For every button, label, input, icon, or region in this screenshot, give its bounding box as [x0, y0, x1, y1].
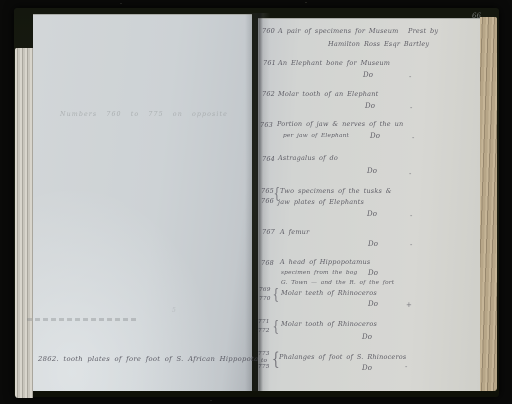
entry-line: specimen from the bog: [281, 270, 357, 276]
check-mark: +: [406, 301, 412, 309]
ditto-mark: Do: [367, 167, 377, 175]
ditto-mark: Do: [362, 333, 372, 341]
entry-line: G. Town — and the R. of the fort: [281, 280, 394, 286]
entry-line: per jaw of Elephant: [283, 133, 349, 139]
entry-line: Prest by: [408, 27, 438, 35]
entry-line: An Elephant bone for Museum: [278, 59, 390, 67]
right-page-edges: [480, 17, 497, 391]
entry-brace: {: [272, 317, 279, 335]
entry-line: A femur: [280, 228, 309, 236]
ditto-mark: Do: [368, 269, 378, 277]
dust-speck: [305, 2, 307, 3]
folio-number: 66: [472, 12, 481, 20]
dust-speck: [120, 3, 122, 4]
ditto-mark: Do: [370, 132, 380, 140]
entry-line: Two specimens of the tusks &: [280, 187, 392, 195]
ditto-mark: Do: [368, 240, 378, 248]
left-page: Numbers 760 to 775 on opposite 5 2862. t…: [33, 14, 252, 391]
photo-background: Numbers 760 to 775 on opposite 5 2862. t…: [0, 0, 512, 404]
pencil-note: Numbers 760 to 775 on opposite: [60, 111, 228, 118]
pencil-mark: 5: [172, 307, 176, 314]
entry-line: A pair of specimens for Museum: [278, 27, 398, 35]
ledger-book: Numbers 760 to 775 on opposite 5 2862. t…: [14, 8, 499, 397]
entry-line: Molar teeth of Rhinoceros: [281, 289, 377, 297]
right-page: 760 A pair of specimens for Museum Prest…: [258, 18, 480, 391]
check-mark: -: [410, 104, 413, 112]
entry-line: jaw plates of Elephants: [278, 198, 364, 206]
book-gutter: [245, 13, 270, 391]
left-page-edges: [15, 48, 33, 398]
check-mark: -: [410, 241, 413, 249]
entry-line: Molar tooth of an Elephant: [278, 90, 378, 98]
check-mark: -: [405, 363, 408, 371]
check-mark: -: [410, 212, 413, 220]
entry-line: Molar tooth of Rhinoceros: [281, 320, 377, 328]
ditto-mark: Do: [363, 71, 373, 79]
ditto-mark: Do: [368, 300, 378, 308]
entry-line: Phalanges of foot of S. Rhinoceros: [279, 353, 406, 361]
ditto-mark: Do: [367, 210, 377, 218]
ditto-mark: Do: [362, 364, 372, 372]
ditto-mark: Do: [365, 102, 375, 110]
entry-line: Portion of jaw & nerves of the un: [277, 120, 403, 128]
dust-speck: [210, 400, 212, 401]
entry-brace: {: [272, 285, 279, 303]
check-mark: -: [409, 170, 412, 178]
entry-line: Astragalus of do: [278, 154, 338, 162]
pencil-scribble: [27, 318, 139, 321]
check-mark: -: [412, 134, 415, 142]
entry-line: Hamilton Ross Esqr Bartley: [328, 40, 429, 48]
check-mark: -: [409, 73, 412, 81]
entry-line: A head of Hippopotamus: [280, 258, 370, 266]
